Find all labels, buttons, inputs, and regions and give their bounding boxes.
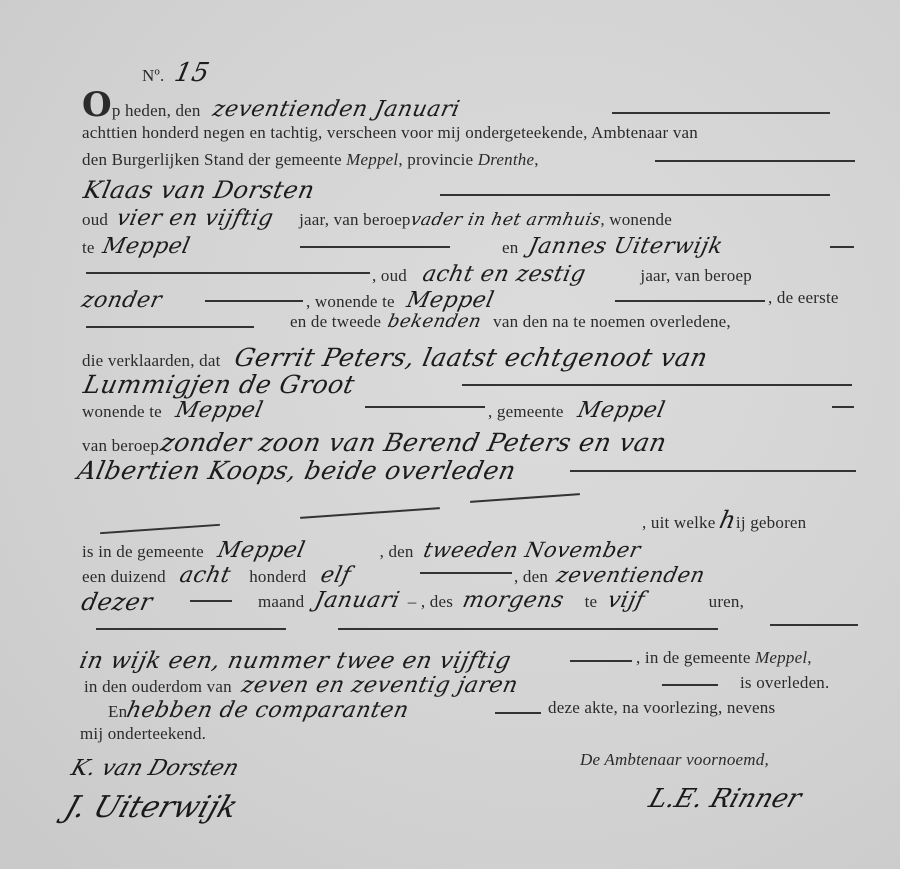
print-text: en de tweede	[290, 312, 381, 331]
line-10: die verklaarden, dat Gerrit Peters, laat…	[82, 343, 707, 372]
fill-line	[462, 384, 852, 386]
print-text: ,	[534, 150, 538, 169]
municipality: Meppel	[755, 648, 807, 667]
print-text: wonende te	[82, 402, 162, 421]
print-text: jaar, van beroep	[299, 210, 411, 229]
print-text: , den	[380, 542, 414, 561]
fill-line	[495, 712, 541, 714]
fill-line	[570, 470, 856, 472]
death-hour: vijf	[605, 588, 647, 613]
line-8: zonder	[82, 288, 162, 313]
print-text: deze akte, na voorlezing, nevens	[548, 698, 775, 718]
print-text: , de eerste	[768, 288, 839, 308]
fill-line	[662, 684, 718, 686]
line-2: achttien honderd negen en tachtig, versc…	[82, 123, 698, 143]
fill-line	[86, 326, 254, 328]
birth-date: tweeden November	[422, 538, 644, 562]
fill-line	[338, 628, 718, 630]
line-12: wonende te Meppel	[82, 398, 263, 423]
signature-declarant-1: K. van Dorsten	[72, 756, 238, 781]
print-text: is overleden.	[740, 673, 829, 693]
print-text: in den ouderdom van	[84, 677, 232, 696]
fill-line	[86, 272, 370, 274]
fill-line	[190, 600, 232, 602]
time-of-day: morgens	[461, 588, 567, 613]
print-text: ,	[807, 648, 811, 667]
declarant-1-occupation: vader in het armhuis	[409, 210, 603, 230]
line-19b: , in de gemeente Meppel,	[636, 648, 812, 668]
fill-line	[615, 300, 765, 302]
line-18b: maand Januari – , des morgens te vijf ur…	[258, 588, 744, 613]
death-day: zeventienden	[554, 563, 707, 587]
print-text: en	[502, 238, 518, 257]
fill-line	[300, 507, 440, 519]
print-text: , provincie	[398, 150, 473, 169]
fill-line	[655, 160, 855, 162]
drop-cap: O	[82, 85, 112, 125]
print-text: uren,	[709, 592, 744, 611]
fill-line	[420, 572, 512, 574]
line-21: Enhebben de comparanten	[108, 698, 409, 723]
print-text: p heden, den	[112, 101, 201, 120]
signature-official: L.E. Rinner	[650, 784, 800, 814]
declarant-1-name: Klaas van Dorsten	[81, 176, 317, 204]
record-number: Nº. 15	[142, 58, 209, 88]
print-text: , den	[514, 567, 548, 586]
print-text: mij onderteekend.	[80, 724, 206, 744]
print-text: is in de gemeente	[82, 542, 204, 561]
province: Drenthe	[478, 150, 534, 169]
municipality: Meppel	[346, 150, 398, 169]
fill-line	[832, 406, 854, 408]
birth-year-part: elf	[318, 563, 353, 588]
print-text: maand	[258, 592, 304, 611]
declarant-2-residence: Meppel	[405, 288, 497, 313]
declarant-2-name: Jannes Uiterwijk	[526, 234, 725, 259]
line-15: , uit welke hij geboren	[642, 506, 806, 534]
print-text: , wonende	[600, 210, 672, 229]
signature-text: L.E. Rinner	[645, 784, 805, 814]
line-17b: , den zeventienden	[514, 563, 704, 587]
fill-line	[300, 246, 450, 248]
mother-name: Albertien Koops, beide overleden	[75, 456, 519, 485]
spouse-name: Lummigjen de Groot	[81, 370, 358, 399]
print-text: te	[82, 238, 95, 257]
deceased-occupation-parents: zonder zoon van Berend Peters en van	[158, 428, 670, 457]
line-18: dezer	[82, 588, 152, 616]
line-3: den Burgerlijken Stand der gemeente Mepp…	[82, 150, 539, 170]
signature-text: J. Uiterwijk	[60, 790, 242, 825]
line-16: is in de gemeente Meppel , den tweeden N…	[82, 538, 641, 563]
print-text: , gemeente	[488, 402, 564, 421]
print-text: te	[585, 592, 598, 611]
line-1: Op heden, den zeventienden Januari	[82, 88, 460, 122]
fill-line	[440, 194, 830, 196]
print-text: honderd	[249, 567, 306, 586]
line-13: van beroepzonder zoon van Berend Peters …	[82, 428, 666, 457]
line-17: een duizend acht honderd elf	[82, 563, 350, 588]
print-text: een duizend	[82, 567, 166, 586]
line-6b: en Jannes Uiterwijk	[502, 234, 722, 259]
print-text: , des	[421, 592, 453, 611]
print-text: van den na te noemen overledene,	[493, 312, 731, 331]
print-text: jaar, van beroep	[640, 266, 752, 285]
birth-place: Meppel	[216, 538, 308, 563]
line-6: te Meppel	[82, 234, 190, 259]
deceased-municipality: Meppel	[575, 398, 667, 423]
signature-text: K. van Dorsten	[68, 756, 242, 781]
declarant-2-occupation: zonder	[79, 288, 164, 313]
print-text: , wonende te	[306, 292, 395, 311]
birth-year-part: acht	[178, 563, 234, 588]
fill-line	[96, 628, 286, 630]
print-text: die verklaarden, dat	[82, 351, 221, 370]
line-19: in wijk een, nummer twee en vijftig	[80, 648, 511, 674]
print-text: oud	[82, 210, 108, 229]
fill-line	[470, 493, 580, 503]
line-4: Klaas van Dorsten	[84, 176, 314, 204]
line-20: in den ouderdom van zeven en zeventig ja…	[84, 673, 518, 698]
fill-line	[570, 660, 632, 662]
print-text: , in de gemeente	[636, 648, 751, 667]
age-at-death: zeven en zeventig jaren	[240, 673, 521, 698]
print-text: ij geboren	[736, 513, 806, 532]
print-text: den Burgerlijken Stand der gemeente	[82, 150, 342, 169]
line-9: en de tweede bekenden van den na te noem…	[290, 311, 731, 332]
declarant-1-age: vier en vijftig	[114, 206, 275, 231]
number-label: Nº.	[142, 66, 164, 85]
handwritten-known: bekenden	[385, 311, 483, 332]
death-record-page: Nº. 15 Op heden, den zeventienden Januar…	[0, 0, 900, 869]
line-8b: , wonende te Meppel	[306, 288, 494, 313]
deceased-residence: Meppel	[174, 398, 266, 423]
line-5: oud vier en vijftig jaar, van beroepvade…	[82, 206, 672, 231]
handwritten-dezer: dezer	[79, 588, 155, 616]
print-text: , uit welke	[642, 513, 716, 532]
line-14: Albertien Koops, beide overleden	[78, 456, 516, 485]
line-7: , oud acht en zestig jaar, van beroep	[372, 262, 752, 287]
fill-line	[830, 246, 854, 248]
deceased-name: Gerrit Peters, laatst echtgenoot van	[232, 343, 711, 372]
print-text: , oud	[372, 266, 407, 285]
signature-declarant-2: J. Uiterwijk	[66, 790, 237, 825]
fill-line	[770, 624, 858, 626]
fill-line	[612, 112, 830, 114]
death-month: Januari	[312, 588, 402, 613]
handwritten-date: zeventienden Januari	[210, 97, 462, 122]
line-12b: , gemeente Meppel	[488, 398, 665, 423]
line-11: Lummigjen de Groot	[84, 370, 355, 399]
number-value: 15	[172, 58, 212, 88]
declarant-1-residence: Meppel	[100, 234, 192, 259]
fill-line	[205, 300, 303, 302]
fill-line	[365, 406, 485, 408]
handwritten-comparanten: hebben de comparanten	[125, 698, 412, 723]
declarant-2-age: acht en zestig	[421, 262, 589, 287]
official-label: De Ambtenaar voornoemd,	[580, 750, 769, 770]
print-text: van beroep	[82, 436, 159, 455]
death-address: in wijk een, nummer twee en vijftig	[77, 648, 513, 674]
fill-line	[100, 524, 220, 534]
